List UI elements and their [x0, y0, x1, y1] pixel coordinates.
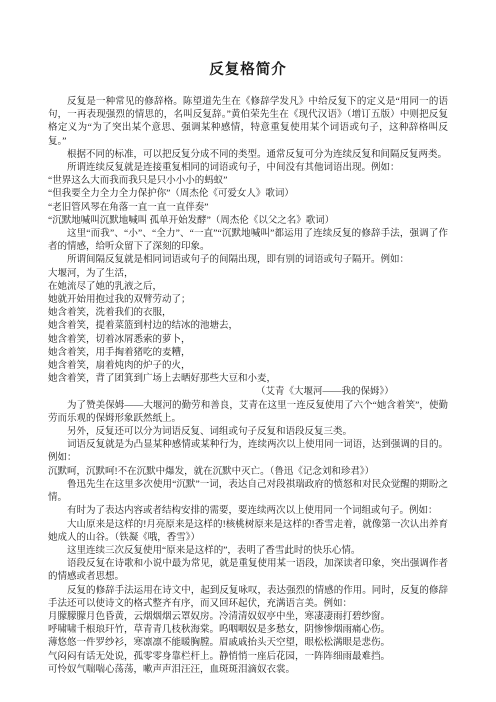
paragraph: 大山原来是这样的!月亮原来是这样的!核桃树原来是这样的!香雪走着，就像第一次认出… — [48, 519, 448, 545]
paragraph: 她含着笑，背了团箕到广场上去晒好那些大豆和小麦， — [48, 373, 448, 386]
paragraph: 薄悠悠一件罗纱衫，寒凛凛不能暖胸膛。眉戚戚抬头天空望，眼松松满眼是悲伤。 — [48, 637, 448, 650]
paragraph: 呼啸啸千根琅玕竹，草青青几枝秋海棠。呜咽咽奴是多愁女，阴惨惨烟雨痛心伤。 — [48, 624, 448, 637]
document-body: 反复是一种常见的修辞格。陈望道先生在《修辞学发凡》中给反复下的定义是“用同一的语… — [48, 96, 448, 677]
paragraph: 这里“而我”、“小”、“全力”、“一直”“沉默地喊叫”都运用了连续反复的修辞手法… — [48, 228, 448, 254]
paragraph: 她含着笑，洗着我们的衣服， — [48, 307, 448, 320]
paragraph: （艾青《大堰河——我的保姆》） — [48, 386, 448, 399]
paragraph: 语段反复在诗歌和小说中最为常见，就是重复使用某一语段，加深读者印象，突出强调作者… — [48, 558, 448, 584]
page-title: 反复格简介 — [48, 58, 448, 79]
paragraph: 她含着笑，切着冰屑悉索的萝卜， — [48, 334, 448, 347]
paragraph: 词语反复就是为凸显某种感情或某种行为，连续两次以上使用同一词语，达到强调的目的。… — [48, 439, 448, 465]
paragraph: 她含着笑，扇着炖肉的炉子的火， — [48, 360, 448, 373]
paragraph: 大堰河，为了生活， — [48, 268, 448, 281]
document-page: 反复格简介 反复是一种常见的修辞格。陈望道先生在《修辞学发凡》中给反复下的定义是… — [0, 0, 496, 702]
paragraph: 所谓间隔反复就是相同词语或句子的间隔出现，即有别的词语或句子隔开。例如： — [48, 254, 448, 267]
paragraph: 根据不同的标准，可以把反复分成不同的类型。通常反复可分为连续反复和间隔反复两类。 — [48, 149, 448, 162]
paragraph: 她就开始用抱过我的双臂劳动了； — [48, 294, 448, 307]
paragraph: “世界这么大而我而我只是只小小小的蚂蚁” — [48, 175, 448, 188]
paragraph: “老旧管风琴在角落一直一直一直伴奏” — [48, 202, 448, 215]
paragraph: 反复是一种常见的修辞格。陈望道先生在《修辞学发凡》中给反复下的定义是“用同一的语… — [48, 96, 448, 149]
paragraph: 另外，反复还可以分为词语反复、词组或句子反复和语段反复三类。 — [48, 426, 448, 439]
paragraph: 这里连续三次反复使用“原来是这样的”，表明了香雪此时的快乐心情。 — [48, 545, 448, 558]
paragraph: “但我要全力全力全力保护你”（周杰伦《可爱女人》歌词） — [48, 188, 448, 201]
paragraph: 为了赞美保姆——大堰河的勤劳和善良，艾青在这里一连反复使用了六个“她含着笑”，使… — [48, 400, 448, 426]
paragraph: 鲁迅先生在这里多次使用“沉默”一词，表达自己对段祺瑞政府的愤怒和对民众觉醒的期盼… — [48, 479, 448, 505]
paragraph: 她含着笑，用手掏着猪吃的麦糟， — [48, 347, 448, 360]
paragraph: 沉默呵，沉默呵!不在沉默中爆发，就在沉默中灭亡。（鲁迅《记念刘和珍君》） — [48, 466, 448, 479]
paragraph: 在她流尽了她的乳液之后， — [48, 281, 448, 294]
paragraph: 有时为了表达内容或者结构安排的需要，要连续两次以上使用同一个词组或句子。例如： — [48, 505, 448, 518]
paragraph: “沉默地喊叫沉默地喊叫 孤单开始发酵”（周杰伦《以父之名》歌词） — [48, 215, 448, 228]
paragraph: 她含着笑，提着菜篮到村边的结冰的池塘去， — [48, 320, 448, 333]
paragraph: 气闷闷有话无处说，孤零零身靠栏杆上。静悄悄一座后花园，一阵阵细雨最难挡。 — [48, 651, 448, 664]
paragraph: 所谓连续反复就是连接重复相同的词语或句子，中间没有其他词语出现。例如： — [48, 162, 448, 175]
paragraph: 可怜奴气喘喘心荡荡，嗽声声泪汪汪，血斑斑泪滴奴衣裳。 — [48, 664, 448, 677]
paragraph: 月朦朦朦月色昏黄，云烟烟烟云罩奴房。冷清清奴奴亭中坐，寒凄凄雨打碧纱窗。 — [48, 611, 448, 624]
paragraph: 反复的修辞手法运用在诗文中，起到反复咏叹，表达强烈的情感的作用。同时，反复的修辞… — [48, 585, 448, 611]
